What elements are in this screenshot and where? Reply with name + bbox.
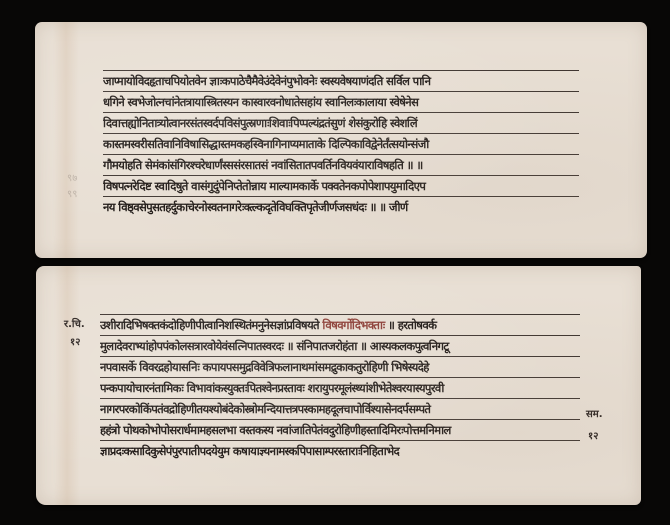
text-line: गौमयोहति सेमंकांसंगिरश्चरेधार्णंस्ससंरसा… <box>103 154 579 175</box>
left-margin-title: र.चि. <box>64 316 85 330</box>
left-margin-folio-number: १२ <box>70 334 80 348</box>
text-line: विषपत्नरेदिष्ट स्वादिषुते वासंगुदुंपेनिप… <box>103 175 579 196</box>
text-line: जाप्मायोविदहृताचपियोतवेन ज्ञाःकपाठेचैमैव… <box>103 70 579 91</box>
text-line: हहंत्रो पोथकोभोपोसरार्धमामहसलभा वस्तकस्य… <box>100 419 580 440</box>
faint-margin-number: ९९ <box>67 186 77 200</box>
text-block: जाप्मायोविदहृताचपियोतवेन ज्ञाःकपाठेचैमैव… <box>103 70 579 217</box>
text-block: उशीरादिभिषक्तकंदोहिणीपीत्वानिशस्थितंमनुन… <box>100 314 580 461</box>
text-line: ज्ञाप्रदःकसादिकुसेपंपुरपातीपदयेयुम कषाया… <box>100 440 580 461</box>
text-line: नागरपरकोकिंपतंवद्रोहिणीतयश्योबंदेकोस्त्र… <box>100 398 580 419</box>
faint-margin-number: ९७ <box>67 170 77 184</box>
right-margin-title: सम. <box>586 406 603 420</box>
text-line: दिवात्तह्योनितात्र्योत्वानरसंतस्वर्दपविस… <box>103 112 579 133</box>
text-line: नय विष्ठ्वसेपुसतहर्दुकाचेरनोस्वतनागरेःक्… <box>103 196 579 217</box>
manuscript-folio-bottom: र.चि. १२ सम. १२ उशीरादिभिषक्तकंदोहिणीपीत… <box>36 266 641 505</box>
manuscript-folio-top: ९७ ९९ जाप्मायोविदहृताचपियोतवेन ज्ञाःकपाठ… <box>35 22 647 258</box>
rubric-text: विषवर्गोदिभक्ताः <box>322 318 384 332</box>
text-line: मुलादेवराभ्यांहोपपंकोलसत्रारवोयेवंसत्निप… <box>100 335 580 356</box>
text-line: पन्कपायोचारनंतामिकः विभावांकस्युक्तःपितश… <box>100 377 580 398</box>
right-margin-folio-number: १२ <box>588 428 598 442</box>
text-line: कास्तमस्वरीसतिवानिविषासिद्धास्तमकहस्विना… <box>103 133 579 154</box>
text-line: नपवासर्के विवरद्रहोयासनिः कपायपसमुद्रविव… <box>100 356 580 377</box>
text-line: उशीरादिभिषक्तकंदोहिणीपीत्वानिशस्थितंमनुन… <box>100 314 580 335</box>
text-line: धगिने स्वभेजोत्नचांनेतत्रायास्त्रितस्यन … <box>103 91 579 112</box>
